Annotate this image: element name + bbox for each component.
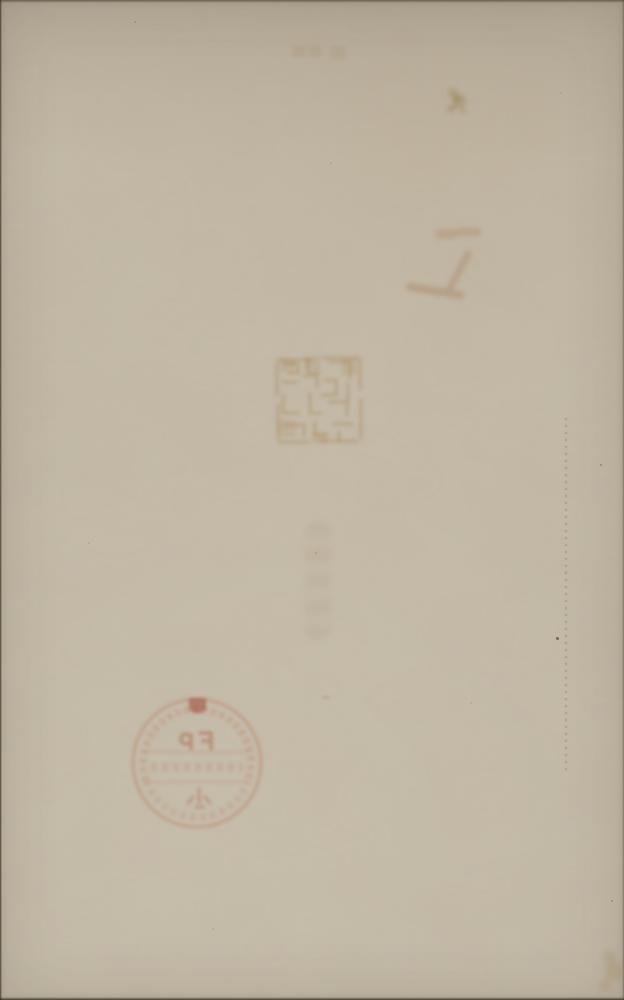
ink-speck: [212, 928, 214, 930]
ink-speck: [322, 696, 330, 699]
page-edge-left: [0, 0, 2, 1000]
ink-speck: [315, 552, 317, 554]
ink-speck: [556, 637, 559, 640]
page-edge-top: [0, 0, 624, 3]
circular-stamp-impression: [127, 693, 267, 833]
ink-speck: [600, 464, 602, 466]
foxing-stain-upper-right: [438, 80, 478, 124]
ink-speck: [560, 92, 562, 94]
ink-speck: [134, 21, 136, 23]
top-edge-bleedthrough: [288, 42, 358, 64]
column-smudge: [305, 522, 331, 640]
ink-speck: [88, 542, 90, 544]
ink-speck: [330, 162, 332, 164]
ink-speck: [470, 702, 472, 704]
foxing-stain-lower-right: [592, 946, 624, 998]
paper-grain-texture: [0, 0, 624, 1000]
diagonal-ink-smudge: [400, 218, 490, 310]
vertical-crease: [565, 418, 567, 774]
scanned-page: [0, 0, 624, 1000]
ink-speck: [611, 900, 613, 902]
square-seal-impression: [268, 348, 372, 452]
